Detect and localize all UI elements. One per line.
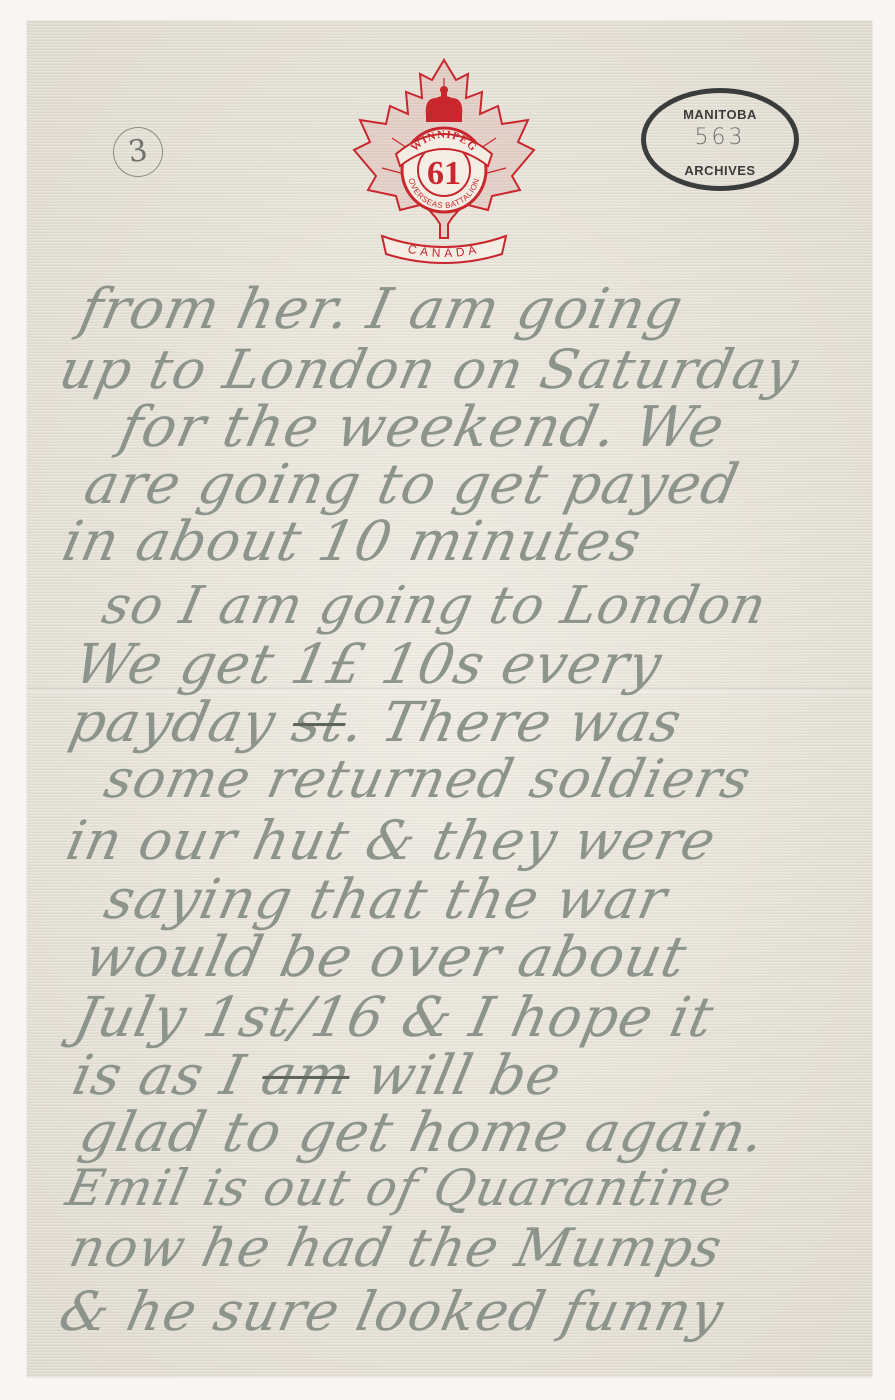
handwritten-line-text: now he had the Mumps	[64, 1218, 728, 1279]
handwritten-line: in about 10 minutes	[58, 514, 646, 569]
handwritten-line: for the weekend. We	[115, 400, 729, 456]
handwritten-line: July 1st/16 & I hope it	[70, 990, 719, 1045]
handwritten-line-text: some returned soldiers	[99, 749, 756, 810]
handwritten-line-text: We get 1£ 10s every	[69, 632, 668, 696]
handwritten-line: some returned soldiers	[100, 753, 755, 806]
handwritten-line-text: saying that the war	[99, 867, 673, 931]
handwritten-line-text: glad to get home again.	[74, 1100, 771, 1164]
handwritten-line: saying that the war	[100, 872, 672, 927]
handwritten-line-text: up to London on Saturday	[54, 338, 805, 401]
handwritten-line-text: for the weekend. We	[114, 395, 730, 460]
handwritten-line-text: is as I	[67, 1043, 251, 1107]
handwritten-line: would be over about	[80, 930, 692, 986]
handwritten-line: Emil is out of Quarantine	[62, 1163, 737, 1213]
handwritten-line: now he had the Mumps	[65, 1222, 727, 1275]
handwritten-line: payday st. There was	[65, 695, 687, 750]
handwritten-line-text: July 1st/16 & I hope it	[69, 985, 720, 1049]
handwritten-line-text: from her. I am going	[74, 277, 689, 342]
handwritten-line: We get 1£ 10s every	[70, 637, 667, 692]
handwritten-line: is as I am will be	[68, 1048, 566, 1103]
scanned-document: 3 WINNIPEG OVERSEAS BATTALION 6	[0, 0, 895, 1400]
handwritten-line: in our hut & they were	[62, 814, 721, 868]
handwritten-body: from her. I am goingup to London on Satu…	[0, 0, 895, 1400]
struck-through-text: am	[256, 1043, 357, 1107]
handwritten-line-text: in about 10 minutes	[57, 509, 647, 573]
handwritten-line-text: & he sure looked funny	[54, 1280, 729, 1343]
handwritten-line-continuation: . There was	[339, 690, 688, 754]
handwritten-line-text: would be over about	[79, 925, 692, 990]
handwritten-line: & he sure looked funny	[55, 1285, 729, 1339]
handwritten-line: glad to get home again.	[75, 1105, 770, 1160]
handwritten-line: are going to get payed	[80, 457, 744, 512]
handwritten-line-text: so I am going to London	[97, 576, 772, 636]
handwritten-line-text: Emil is out of Quarantine	[61, 1159, 737, 1217]
handwritten-line-text: in our hut & they were	[61, 809, 722, 872]
handwritten-line-continuation: will be	[343, 1043, 567, 1107]
handwritten-line-text: are going to get payed	[79, 452, 745, 516]
handwritten-line-text: payday	[64, 690, 282, 754]
handwritten-line: up to London on Saturday	[55, 343, 804, 397]
handwritten-line: from her. I am going	[75, 282, 688, 338]
handwritten-line: so I am going to London	[98, 580, 771, 632]
